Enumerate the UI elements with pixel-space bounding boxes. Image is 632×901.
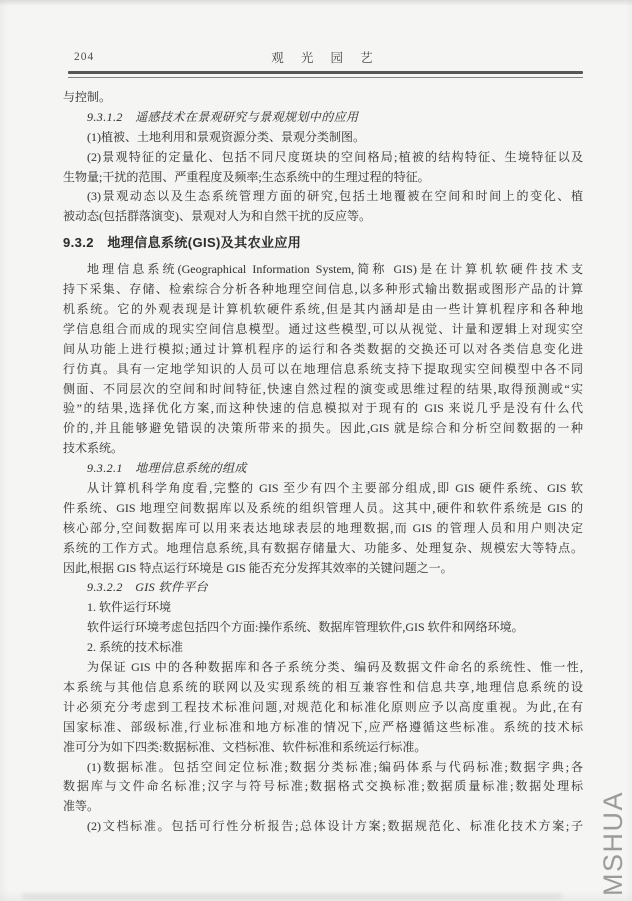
text-line: 为保证 GIS 中的各种数据库和各子系统分类、编码及数据文件命名的系统性、惟一性… xyxy=(63,658,583,678)
text-line: 国家标准、部级标准,行业标准和地方标准的情况下,应严格遵循这些标准。系统的技术标 xyxy=(63,718,583,738)
text-line: 被动态(包括群落演变)、景观对人为和自然干扰的反应等。 xyxy=(63,207,583,227)
text-line: 持下采集、存储、检索综合分析各种地理空间信息,以多种形式输出数据或图形产品的计算 xyxy=(63,280,583,300)
text-line: (1)植被、土地利用和景观资源分类、景观分类制图。 xyxy=(63,128,583,148)
scan-smudge xyxy=(22,894,562,899)
text-line: 软件运行环境考虑包括四个方面:操作系统、数据库管理软件,GIS 软件和网络环境。 xyxy=(63,618,583,638)
text-line: 地理信息系统(Geographical Information System,简… xyxy=(63,260,583,280)
text-line: 件系统、GIS 地理空间数据库以及系统的组织管理人员。这其中,硬件和软件系统是 … xyxy=(63,499,583,519)
page-number: 204 xyxy=(74,51,94,63)
text-line: 从计算机科学角度看,完整的 GIS 至少有四个主要部分组成,即 GIS 硬件系统… xyxy=(63,479,583,499)
subsection-heading: 9.3.2.1 地理信息系统的组成 xyxy=(63,459,583,479)
watermark: MSHUA xyxy=(598,791,629,896)
body-text: 与控制。9.3.1.2 遥感技术在景观研究与景观规划中的应用(1)植被、土地利用… xyxy=(63,88,583,837)
text-line: 验”的结果,选择优化方案,而这种快速的信息模拟对于现有的 GIS 来说几乎是没有… xyxy=(63,399,583,419)
text-line: (3)景观动态以及生态系统管理方面的研究,包括土地覆被在空间和时间上的变化、植 xyxy=(63,187,583,207)
text-line: 核心部分,空间数据库可以用来表达地球表层的地理数据,而 GIS 的管理人员和用户… xyxy=(63,519,583,539)
subsection-heading: 9.3.1.2 遥感技术在景观研究与景观规划中的应用 xyxy=(63,108,583,128)
text-line: 生物量;干扰的范围、严重程度及频率;生态系统中的生理过程的特征。 xyxy=(63,168,583,188)
scanned-page: 204 观 光 园 艺 与控制。9.3.1.2 遥感技术在景观研究与景观规划中的… xyxy=(0,0,632,901)
section-heading: 9.3.2 地理信息系统(GIS)及其农业应用 xyxy=(63,231,583,255)
text-line: 准等。 xyxy=(63,797,583,817)
text-line: 侧面、不同层次的空间和时间特征,快速自然过程的演变或思维过程的结果,取得预测或“… xyxy=(63,380,583,400)
text-line: (1)数据标准。包括空间定位标准;数据分类标准;编码体系与代码标准;数据字典;各 xyxy=(63,758,583,778)
text-line: 与控制。 xyxy=(63,88,583,108)
page-header: 204 观 光 园 艺 xyxy=(68,50,583,78)
text-line: 准可分为如下四类:数据标准、文档标准、软件标准和系统运行标准。 xyxy=(63,738,583,758)
running-title: 观 光 园 艺 xyxy=(68,50,583,70)
text-line: 间从功能上进行模拟;通过计算机程序的运行和各类数据的交换还可以对各类信息变化进 xyxy=(63,340,583,360)
text-line: (2)景观特征的定量化、包括不同尺度斑块的空间格局;植被的结构特征、生境特征以及 xyxy=(63,148,583,168)
text-line: 1. 软件运行环境 xyxy=(63,598,583,618)
text-line: 因此,根据 GIS 特点运行环境是 GIS 能否充分发挥其效率的关键问题之一。 xyxy=(63,559,583,579)
text-line: 系统的工作方式。地理信息系统,具有数据存储量大、功能多、处理复杂、规模宏大等特点… xyxy=(63,539,583,559)
text-line: 学信息组合而成的现实空间信息模型。通过这些模型,可以从视觉、计量和逻辑上对现实空 xyxy=(63,320,583,340)
text-line: (2)文档标准。包括可行性分析报告;总体设计方案;数据规范化、标准化技术方案;子 xyxy=(63,817,583,837)
text-line: 价的,并且能够避免错误的决策所带来的损失。因此,GIS 就是综合和分析空间数据的… xyxy=(63,419,583,439)
text-line: 2. 系统的技术标准 xyxy=(63,638,583,658)
text-line: 机系统。它的外观表现是计算机软硬件系统,但是其内涵却是由一些计算机程序和各种地 xyxy=(63,300,583,320)
text-line: 数据库与文件命名标准;汉字与符号标准;数据格式交换标准;数据质量标准;数据处理标 xyxy=(63,777,583,797)
header-rule-thin xyxy=(68,77,583,78)
text-line: 本系统与其他信息系统的联网以及实现系统的相互兼容性和信息共享,地理信息系统的设 xyxy=(63,678,583,698)
subsection-heading: 9.3.2.2 GIS 软件平台 xyxy=(63,578,583,598)
text-line: 技术系统。 xyxy=(63,439,583,459)
header-rule-thick xyxy=(68,71,583,74)
text-line: 计必须充分考虑到工程技术标准问题,对规范化和标准化原则应予以高度重视。为此,在有 xyxy=(63,698,583,718)
text-line: 行仿真。具有一定地学知识的人员可以在地理信息系统支持下提取现实空间模型中各不同 xyxy=(63,360,583,380)
